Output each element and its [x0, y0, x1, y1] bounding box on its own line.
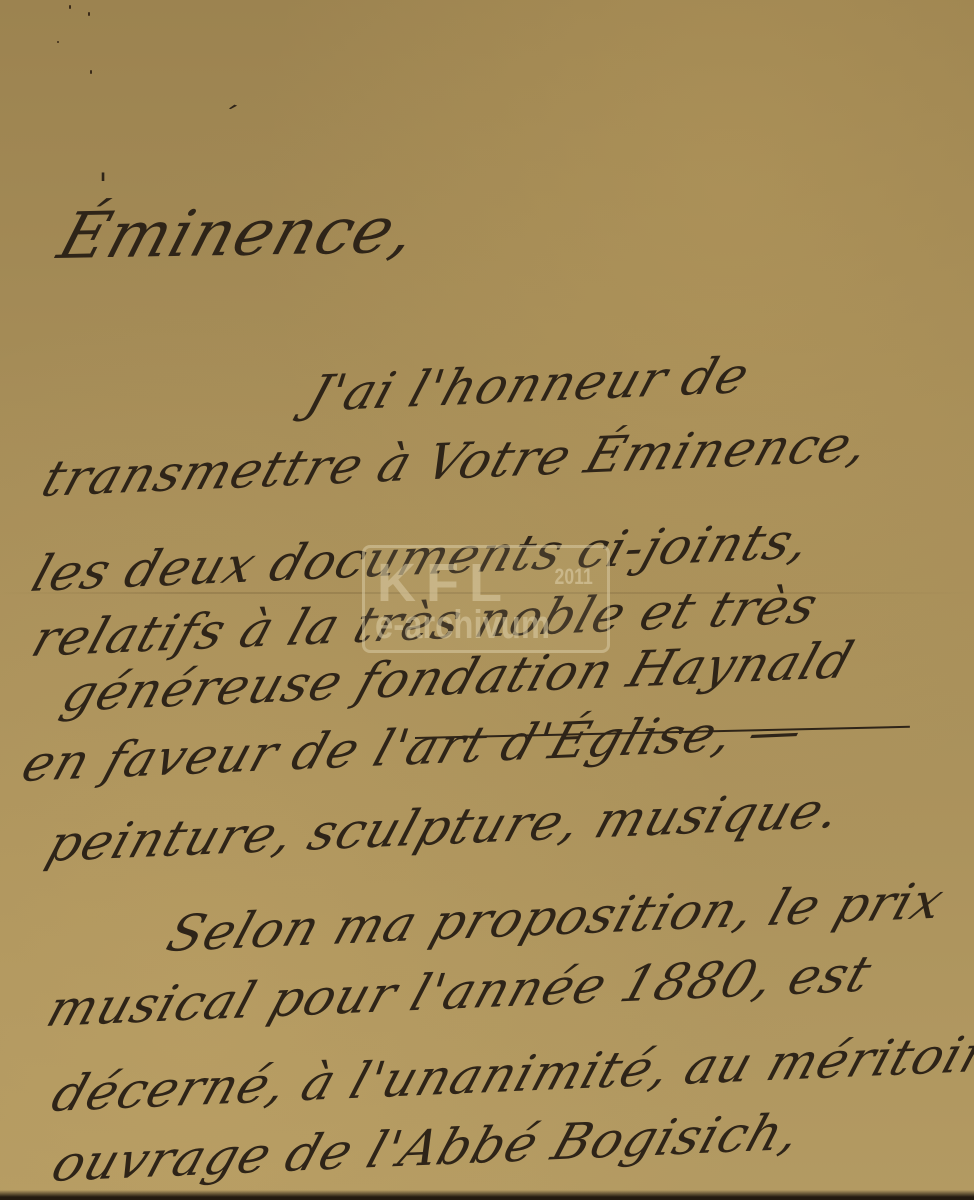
- watermark-year: 2011: [555, 564, 593, 590]
- watermark-subtitle: e-archivum: [375, 603, 550, 648]
- archive-watermark: KFL 2011 e-archivum: [362, 545, 610, 653]
- paper-speck: [57, 41, 59, 43]
- paper-speck: [90, 70, 92, 74]
- letter-line-1: J'ai l'honneur de: [300, 346, 757, 423]
- letter-line-7: peinture, sculpture, musique.: [40, 781, 849, 873]
- letter-line-2: transmettre à Votre Éminence,: [35, 415, 877, 508]
- paper-speck: [88, 12, 90, 16]
- accent-mark: ˊ: [214, 98, 240, 136]
- paper-speck: [69, 5, 71, 9]
- torn-bottom-edge: [0, 1190, 974, 1200]
- letter-page: ˊ ˈ Éminence, J'ai l'honneur de transmet…: [0, 0, 974, 1200]
- salutation: Éminence,: [50, 194, 426, 274]
- letter-line-10: décerné, à l'unanimité, au méritoire: [45, 1024, 974, 1123]
